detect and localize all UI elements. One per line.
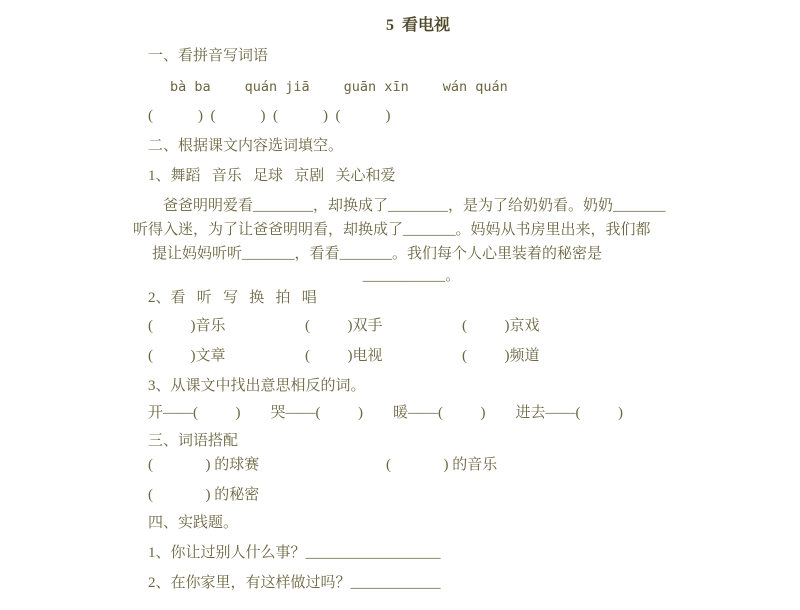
page-title: 5 看电视	[148, 16, 688, 36]
passage-line: 提让妈妈听听_______，看看_______。我们每个人心里装着的秘密是	[152, 245, 602, 264]
fill-cell: ( )双手	[305, 317, 462, 336]
word-bank-2: 2、看 听 写 换 拍 唱	[148, 289, 317, 308]
antonym-item: 哭——( )	[271, 404, 364, 423]
pinyin-item: bà ba	[170, 79, 211, 96]
section-2-heading: 二、根据课文内容选词填空。	[148, 137, 343, 156]
antonyms-heading: 3、从课文中找出意思相反的词。	[148, 377, 366, 396]
fill-in-row: ( )文章 ( )电视 ( )频道	[148, 347, 619, 366]
passage-line: 爸爸明明爱看________，却换成了________，是为了给奶奶看。奶奶__…	[163, 197, 666, 216]
antonym-item: 暖——( )	[393, 404, 486, 423]
antonyms-row: 开——( ) 哭——( ) 暖——( ) 进去——( )	[148, 404, 623, 423]
pinyin-item: quán jiā	[245, 79, 310, 96]
practice-question-2: 2、在你家里，有这样做过吗？____________	[148, 574, 441, 593]
antonym-item: 开——( )	[148, 404, 241, 423]
fill-cell: ( )音乐	[148, 317, 305, 336]
pinyin-row: bà ba quán jiā guān xīn wán quán	[170, 79, 508, 96]
section-1-heading: 一、看拼音写词语	[148, 47, 268, 66]
collocation-cell: ( ) 的球赛	[148, 456, 386, 475]
collocation-cell: ( ) 的音乐	[386, 456, 624, 475]
fill-cell: ( )电视	[305, 347, 462, 366]
collocation-row: ( ) 的球赛 ( ) 的音乐	[148, 456, 624, 475]
fill-cell: ( )文章	[148, 347, 305, 366]
antonym-item: 进去——( )	[516, 404, 624, 423]
passage-line: ___________。	[133, 267, 690, 286]
fill-cell: ( )频道	[462, 347, 619, 366]
word-bank-1: 1、舞蹈 音乐 足球 京剧 关心和爱	[148, 167, 396, 186]
section-4-heading: 四、实践题。	[148, 514, 238, 533]
answer-blanks-row: ( ) ( ) ( ) ( )	[148, 107, 390, 126]
pinyin-item: guān xīn	[344, 79, 409, 96]
passage-line: 听得入迷，为了让爸爸明明看，却换成了_______。妈妈从书房里出来，我们都	[133, 221, 651, 240]
collocation-row: ( ) 的秘密	[148, 486, 259, 505]
fill-in-row: ( )音乐 ( )双手 ( )京戏	[148, 317, 619, 336]
fill-cell: ( )京戏	[462, 317, 619, 336]
section-3-heading: 三、词语搭配	[148, 432, 238, 451]
practice-question-1: 1、你让过别人什么事？__________________	[148, 544, 441, 563]
pinyin-item: wán quán	[443, 79, 508, 96]
